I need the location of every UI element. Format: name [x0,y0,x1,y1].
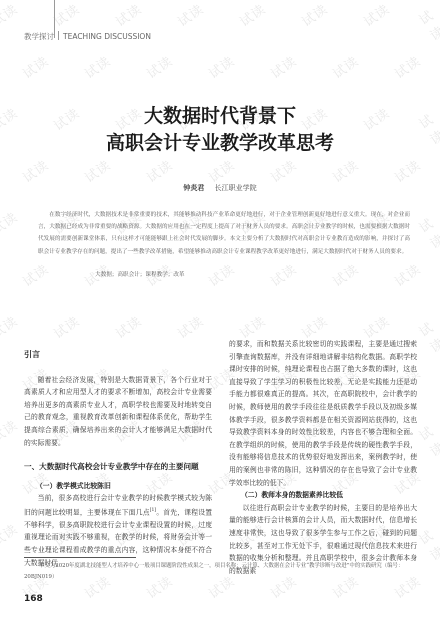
keywords: 大数据；高职会计；课程教学；改革 [95,270,185,278]
section-label-en: TEACHING DISCUSSION [63,32,151,41]
subsection-1-heading: （一）教学模式比较陈旧 [24,480,212,493]
page-number: 168 [24,594,43,604]
footnote-divider [24,557,136,558]
header-separator [58,31,59,40]
continued-paragraph: 的要求，而和数据关系比较密切的实践课程，主要是通过搜索引擎查询数据库，并没有详细… [229,338,417,489]
article-title: 大数据时代背景下 高职会计专业教学改革思考 [0,103,440,157]
running-head: 教学探讨TEACHING DISCUSSION [24,31,151,42]
author-affiliation: 长江职业学院 [215,184,257,192]
subsection-2-heading: （二）教师本身的数据素养比较低 [229,489,417,502]
section-1-heading: 一、大数据时代高校会计专业教学中存在的主要问题 [24,461,212,474]
intro-heading: 引言 [24,349,212,362]
right-column: 的要求，而和数据关系比较密切的实践课程，主要是通过搜索引擎查询数据库，并没有详细… [229,338,417,577]
title-line-2: 高职会计专业教学改革思考 [0,130,440,157]
left-column: 引言 随着社会经济发展，特别是大数据背景下，各个行业对于高素质人才和应用型人才的… [24,349,212,569]
footnote: 本文为2020年度湖北技能型人才培养中心一般项目课题阶段性成果之一，项目名称：云… [24,561,419,583]
byline: 钟炎君 长江职业学院 [0,183,440,193]
author-name: 钟炎君 [183,183,204,192]
abstract: 在数字经济时代，大数据技术是非常重要的技术，其能够推动科技产业革命更好地进行，对… [38,209,410,258]
journal-page: 教学探讨TEACHING DISCUSSION 大数据时代背景下 高职会计专业教… [0,0,440,620]
section-label-cn: 教学探讨 [24,32,54,41]
intro-paragraph: 随着社会经济发展，特别是大数据背景下，各个行业对于高素质人才和应用型人才的要求不… [24,374,212,450]
title-line-1: 大数据时代背景下 [0,103,440,130]
